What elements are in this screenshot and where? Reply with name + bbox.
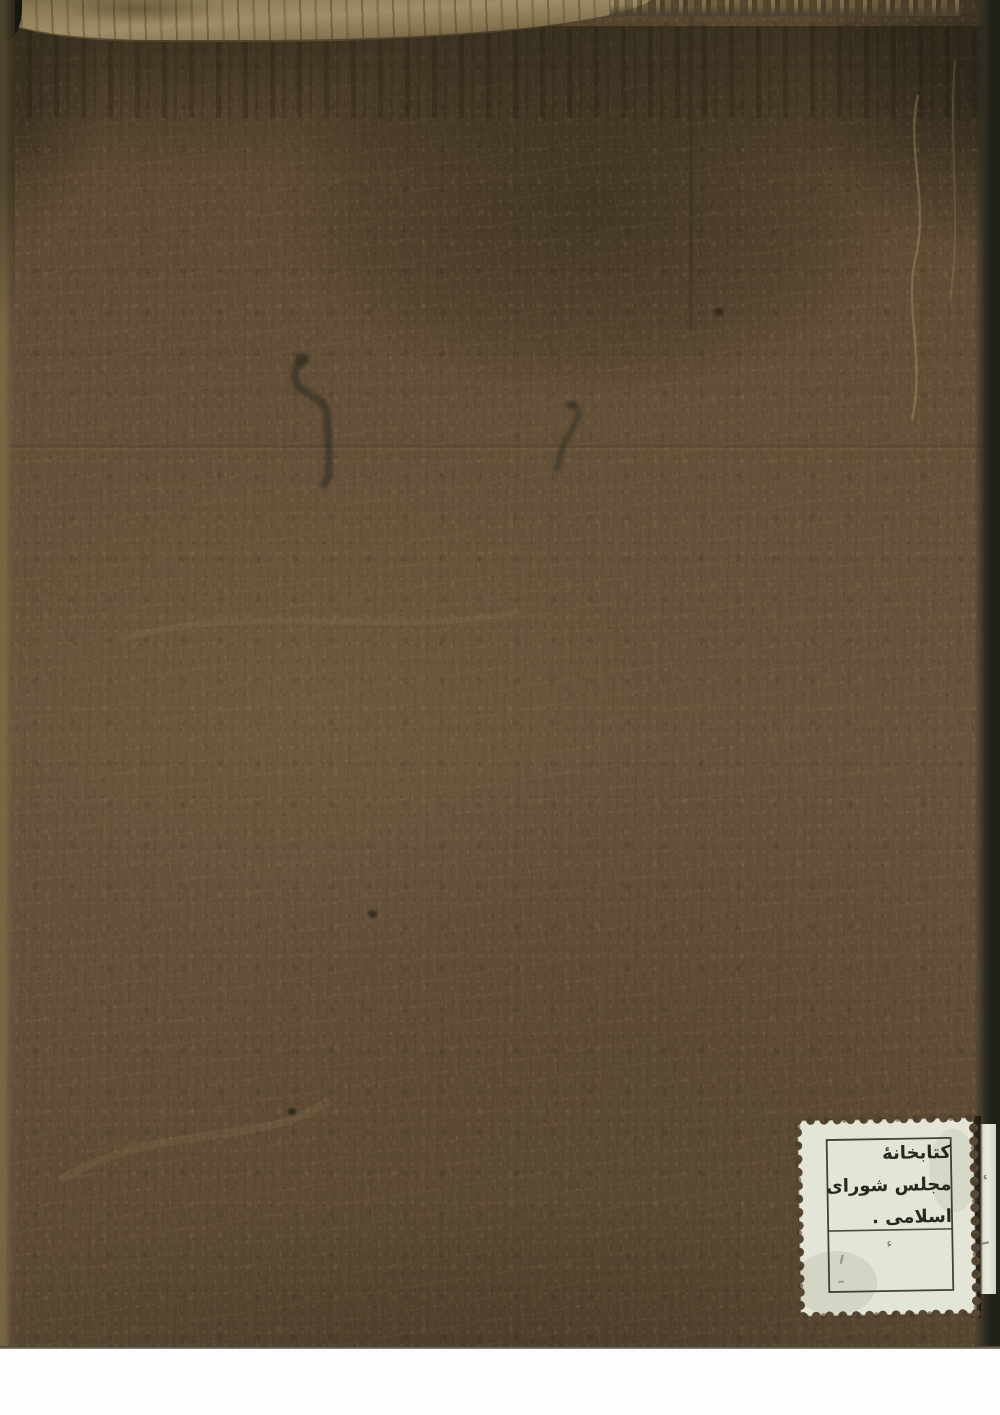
spine-edge-highlight bbox=[0, 0, 15, 1349]
fragment-mark: ء bbox=[983, 1172, 988, 1183]
horizontal-fold-line bbox=[0, 444, 1000, 451]
label-line-3: اسلامی . bbox=[828, 1204, 976, 1231]
scanner-margin bbox=[0, 1349, 1000, 1415]
fragment-tick bbox=[982, 1241, 989, 1244]
book-head-edge bbox=[0, 0, 655, 42]
book-cover-leather: ء کتابخانهٔ مجلس شورای اسلامی . ء bbox=[0, 0, 1000, 1349]
label-tick bbox=[838, 1281, 844, 1283]
label-line-1: کتابخانهٔ bbox=[827, 1141, 961, 1167]
ink-mark-comma bbox=[546, 394, 594, 480]
dark-speck bbox=[714, 308, 724, 316]
dark-speck bbox=[288, 1108, 296, 1115]
scanned-photo: ء کتابخانهٔ مجلس شورای اسلامی . ء bbox=[0, 0, 1000, 1415]
ink-mark-hook bbox=[282, 346, 352, 496]
head-edge-fringe bbox=[610, 0, 960, 16]
dark-speck bbox=[368, 910, 377, 918]
label-line-2: مجلس شورای bbox=[827, 1173, 954, 1199]
top-wear-shading bbox=[0, 26, 1000, 176]
library-stamp-label: کتابخانهٔ مجلس شورای اسلامی . ء bbox=[792, 1110, 984, 1323]
